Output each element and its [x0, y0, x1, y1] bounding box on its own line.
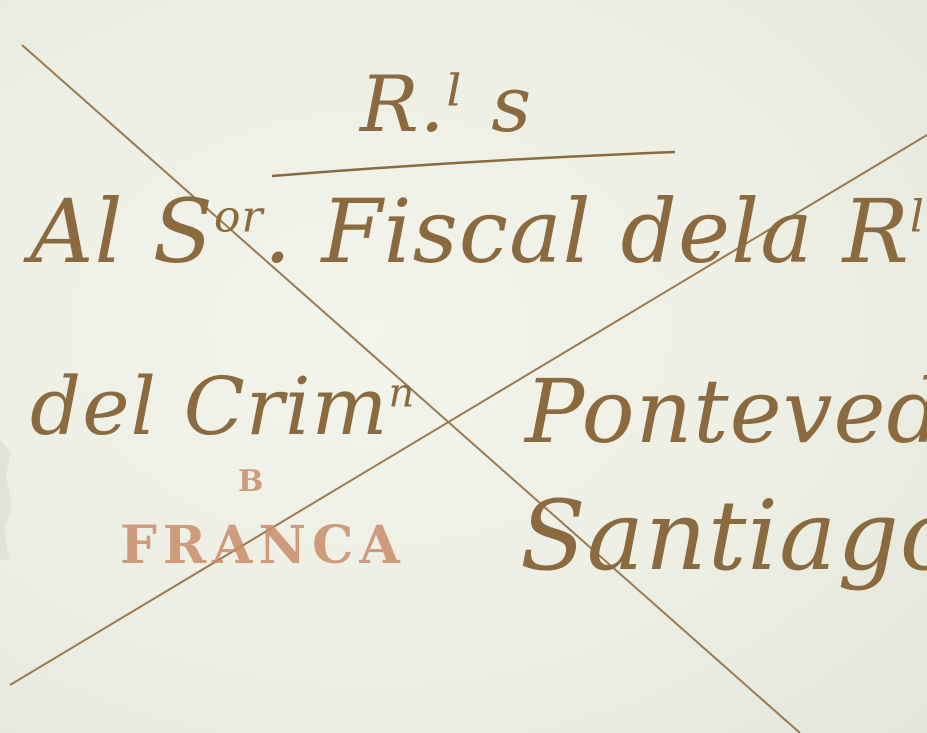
- postmark-franca: FRANCA: [120, 515, 406, 576]
- postmark-letter: B: [238, 464, 263, 499]
- address-line-2: del Crimn: [30, 360, 415, 453]
- destination-line-2: Santiago: [520, 480, 927, 592]
- letter-cover: R.ˡ s Al Sor. Fiscal dela Rl Sala del Cr…: [0, 0, 927, 733]
- rate-mark: R.ˡ s: [360, 60, 532, 150]
- address-line-1: Al Sor. Fiscal dela Rl Sala: [30, 180, 927, 283]
- destination-line-1: Pontevedra: [525, 360, 927, 463]
